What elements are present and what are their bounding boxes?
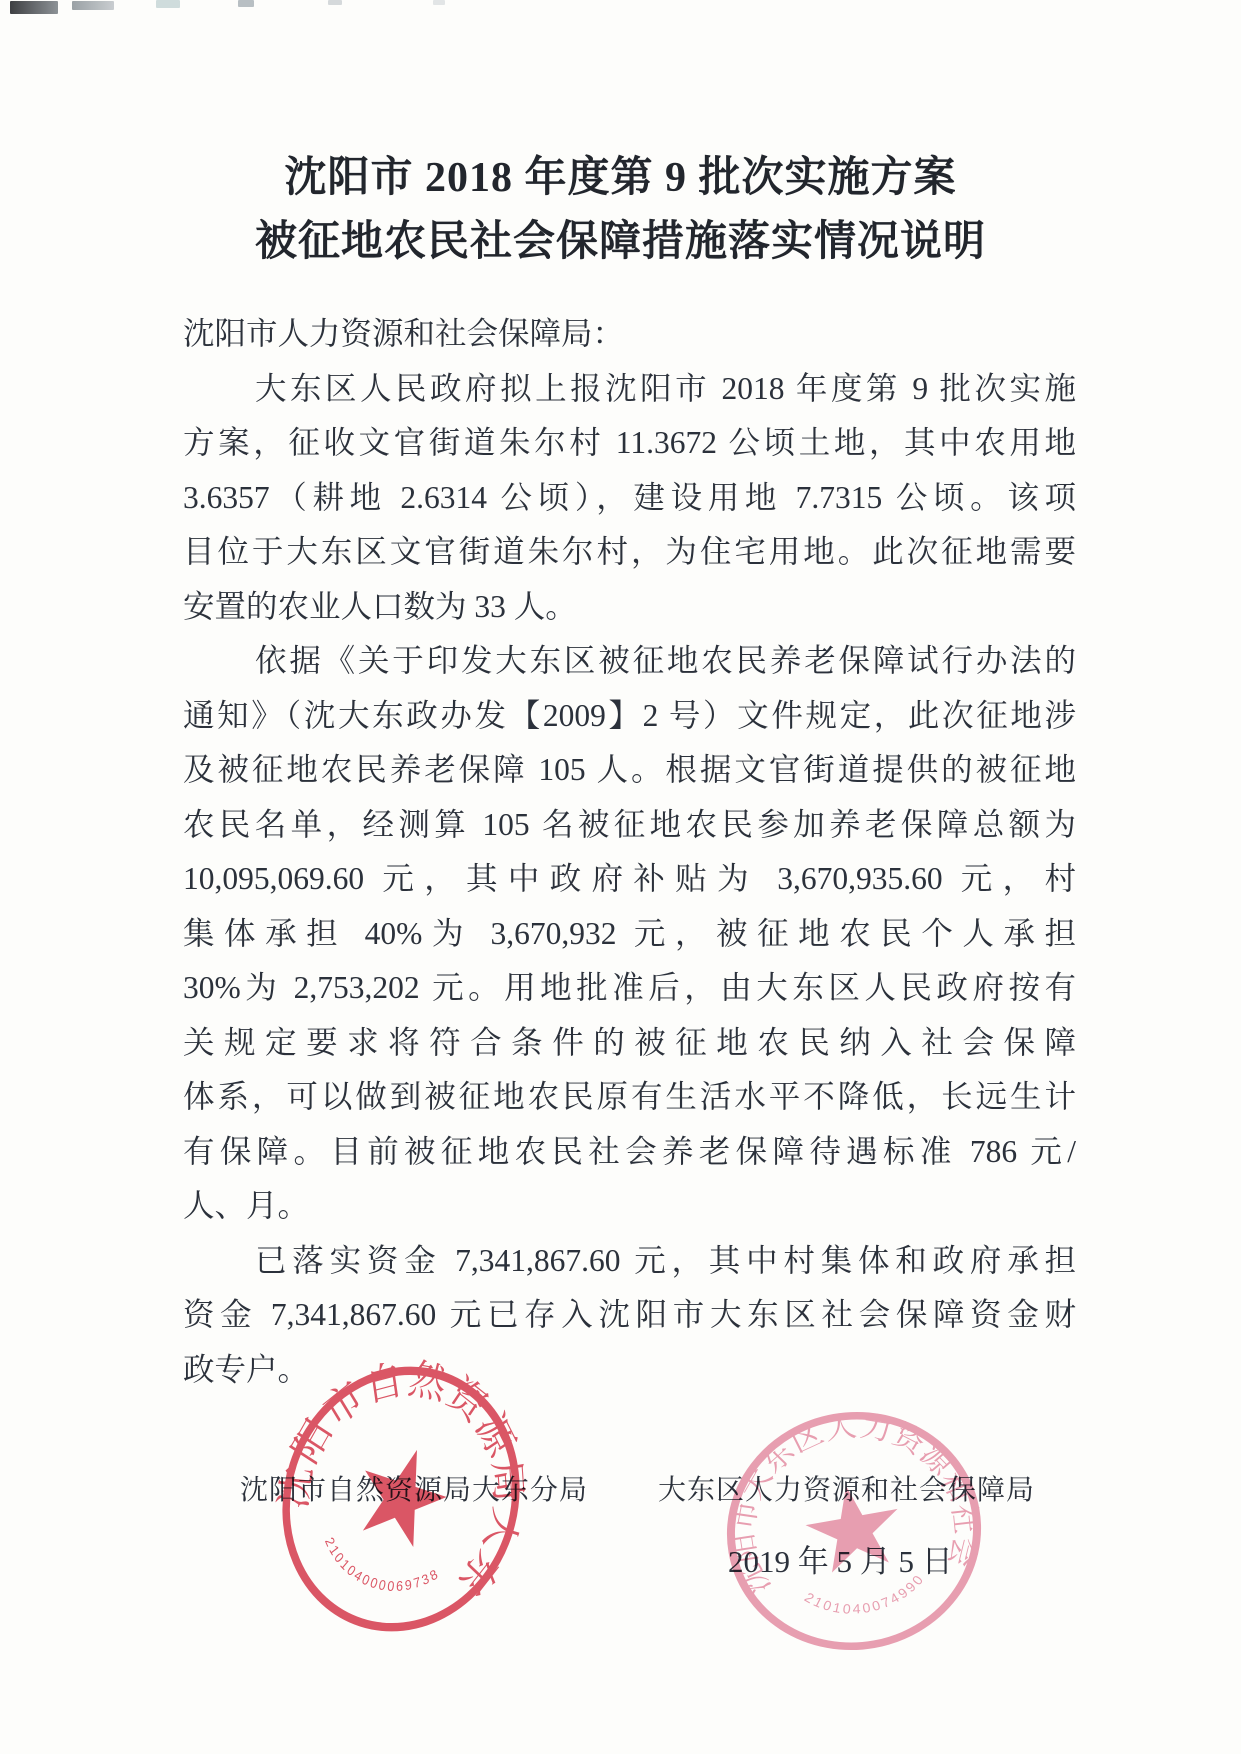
stamp-serial-number: 2101040074990: [800, 1569, 930, 1626]
paragraph-2-line: 10,095,069.60 元，其中政府补贴为 3,670,935.60 元，村: [183, 852, 1076, 907]
document-title-line-1: 沈阳市 2018 年度第 9 批次实施方案: [0, 144, 1241, 204]
paragraph-1-line: 安置的农业人口数为 33 人。: [183, 580, 1076, 635]
paragraph-2-line: 关规定要求将符合条件的被征地农民纳入社会保障: [183, 1016, 1076, 1071]
stamp-serial-number: 210104000069738: [313, 1531, 443, 1609]
paragraph-2-line: 体系，可以做到被征地农民原有生活水平不降低，长远生计: [183, 1070, 1076, 1125]
document-title-line-2: 被征地农民社会保障措施落实情况说明: [0, 208, 1241, 268]
scan-artifact: [72, 1, 114, 10]
paragraph-1-line: 目位于大东区文官街道朱尔村，为住宅用地。此次征地需要: [183, 525, 1076, 580]
paragraph-3-line: 已落实资金 7,341,867.60 元，其中村集体和政府承担: [183, 1234, 1076, 1289]
scan-artifact: [156, 0, 180, 8]
official-stamp-right: 沈阳市大东区人力资源和社会保障局 2101040074990: [700, 1385, 1007, 1678]
document-body: 沈阳市人力资源和社会保障局： 大东区人民政府拟上报沈阳市 2018 年度第 9 …: [183, 307, 1076, 1397]
paragraph-2-line: 通知》（沈大东政办发【2009】2 号）文件规定，此次征地涉: [183, 689, 1076, 744]
scanned-document-page: 沈阳市 2018 年度第 9 批次实施方案 被征地农民社会保障措施落实情况说明 …: [0, 0, 1241, 1754]
paragraph-3-line: 资金 7,341,867.60 元已存入沈阳市大东区社会保障资金财: [183, 1288, 1076, 1343]
paragraph-1-line: 方案，征收文官街道朱尔村 11.3672 公顷土地，其中农用地: [183, 416, 1076, 471]
paragraph-2-line: 集体承担 40%为 3,670,932 元，被征地农民个人承担: [183, 907, 1076, 962]
paragraph-2-line: 人、月。: [183, 1179, 1076, 1234]
salutation-line: 沈阳市人力资源和社会保障局：: [183, 307, 1076, 362]
paragraph-1-line: 3.6357（耕地 2.6314 公顷），建设用地 7.7315 公顷。该项: [183, 471, 1076, 526]
paragraph-2-line: 农民名单，经测算 105 名被征地农民参加养老保障总额为: [183, 798, 1076, 853]
scan-artifact: [328, 0, 342, 5]
scan-artifact: [433, 0, 445, 5]
paragraph-2-line: 及被征地农民养老保障 105 人。根据文官街道提供的被征地: [183, 743, 1076, 798]
paragraph-2-line: 30%为 2,753,202 元。用地批准后，由大东区人民政府按有: [183, 961, 1076, 1016]
scan-artifact: [238, 0, 254, 7]
scan-artifact: [10, 1, 58, 14]
paragraph-2-line: 有保障。目前被征地农民社会养老保障待遇标准 786 元/: [183, 1125, 1076, 1180]
stamp-star-icon: [347, 1437, 457, 1552]
stamp-star-icon: [800, 1478, 906, 1576]
paragraph-1-line: 大东区人民政府拟上报沈阳市 2018 年度第 9 批次实施: [183, 362, 1076, 417]
paragraph-2-line: 依据《关于印发大东区被征地农民养老保障试行办法的: [183, 634, 1076, 689]
